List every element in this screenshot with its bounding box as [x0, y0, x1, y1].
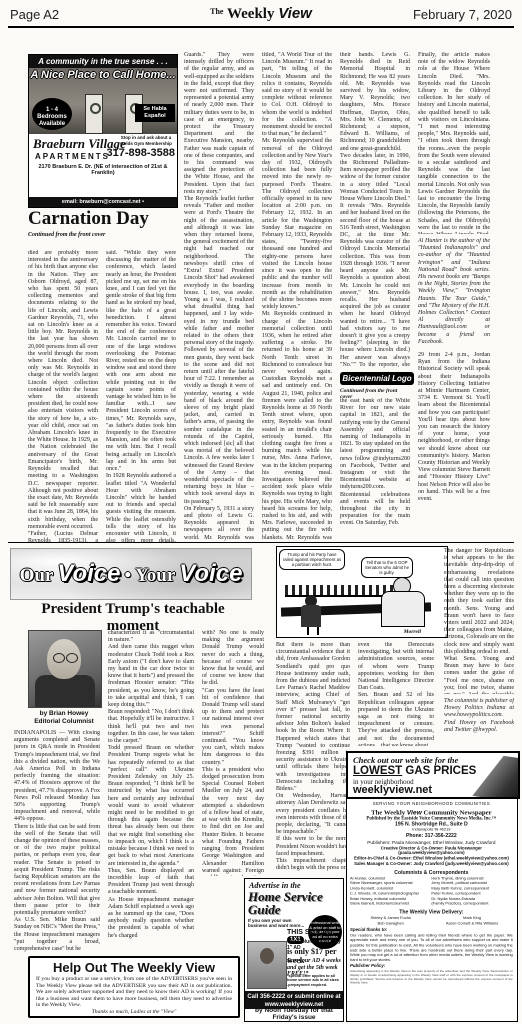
- title-view: View: [407, 808, 422, 816]
- article-column: died are probably more interested in the…: [28, 250, 98, 542]
- sales-line: Sales Manager & Co-Owner: Judy Crawford …: [350, 862, 513, 867]
- article-column: said. "While they were discussing the ma…: [106, 250, 176, 542]
- delivery-right: Mark King Aaron Cornett & Rita Williams: [431, 916, 512, 926]
- photo-body-shape: [35, 675, 95, 707]
- thanks-signature: Ladies at the "View": [131, 1009, 177, 1015]
- columnist-photo: [28, 630, 102, 708]
- publishers-line: Publishers: Paula Nicewanger, Ethel Wins…: [350, 841, 513, 846]
- columnists-list: Al Hunter, columnist Steve Nicewanger, s…: [350, 876, 513, 906]
- cartoon-figure: [381, 591, 425, 627]
- banner-bullet: •: [125, 565, 132, 586]
- apartments-label: APARTMENTS: [35, 152, 110, 161]
- gas-ad-headline: LOWEST GAS PRICES: [353, 765, 476, 777]
- masthead-view: View: [278, 5, 312, 22]
- article-column: 29 from 2-4 p.m., Jordan Ryan from the I…: [418, 352, 490, 542]
- editorial-cartoon: ON TAP Trump and his Party have railed a…: [276, 546, 448, 638]
- masthead-box-title: The Weekly View Community Newspaper: [350, 808, 513, 816]
- ad-subtitle: If you own your own business and want mo…: [248, 918, 308, 928]
- editorial-column: INDIANAPOLIS — With closing arguments co…: [14, 730, 100, 952]
- editorial-byline: by Brian Howey Editorial Columnist: [24, 710, 104, 726]
- wreath-graphic: [90, 103, 101, 114]
- glasses-graphic: [53, 653, 65, 663]
- banner-word: Voice: [179, 560, 242, 587]
- ad-email-bar: email: braeburn@comcast.net • www.braebu…: [29, 197, 177, 207]
- byline-title: Editorial Columnist: [24, 718, 104, 726]
- story-headline-bicentennial-logo: Bicentennial Logo: [340, 372, 414, 385]
- gas-ad-prices: GAS PRICES: [402, 765, 476, 777]
- delivery-person: Bob Gavaghen: [350, 921, 431, 926]
- gas-ad-lowest: LOWEST: [353, 765, 402, 777]
- editorial-column: But there is more than circumstantial ev…: [276, 642, 350, 874]
- special-thanks-text: Our readers, who have been calling and t…: [350, 933, 513, 962]
- handyman-photo: [247, 941, 287, 989]
- banner-word: Our: [20, 565, 54, 586]
- ad-deadline: by Noon Tuesday for that Friday's issue: [245, 1007, 343, 1021]
- delivery-person: Aaron Cornett & Rita Williams: [431, 921, 512, 926]
- article-column: titled, "A World Tour of the Lincoln Mus…: [262, 52, 332, 542]
- ad-headline: A Nice Place to Call Home...: [29, 69, 177, 81]
- newspaper-page: Page A2 The Weekly View February 7, 2020…: [0, 0, 522, 1024]
- article-column: Finally, the article makes note of the w…: [418, 52, 490, 234]
- author-bio: Al Hunter is the author of the "Haunted …: [418, 238, 490, 348]
- help-out-thanks: Thanks so much, Ladies at the "View": [36, 1009, 232, 1015]
- columnist-footer-note: The columnist is publisher of Howey Poli…: [444, 698, 514, 748]
- door-graphic: [85, 94, 103, 134]
- ad-fine-print: *special offer applies to all home servi…: [287, 974, 341, 987]
- columnists-header: Columnists & Correspondents: [350, 870, 513, 876]
- special-thanks-header: Special thanks to:: [350, 928, 513, 933]
- columnist: C.J. Woods, III, columnist/photographer: [350, 891, 431, 896]
- gym-note: Stop in and ask about a Golds Gym Member…: [117, 135, 175, 146]
- help-out-body: If you buy a product or use a service, f…: [36, 976, 232, 1009]
- thanks-line: Thanks so much,: [92, 1009, 129, 1015]
- delivery-list: Shirley & James Fuchs Bob Gavaghen Mark …: [350, 916, 513, 926]
- banner-word: Voice: [57, 560, 120, 587]
- bar-stool-graphic: [307, 627, 319, 635]
- apartment-photo: A Nice Place to Call Home... 1 - 4 Bedro…: [29, 68, 177, 134]
- speech-bubble: Tell that to the 6 GOP Senators who admi…: [361, 557, 413, 578]
- editorial-column: The danger for Republicans is what appea…: [444, 548, 514, 694]
- size-label: THIS SIZE AD: [287, 929, 332, 936]
- columnists-left: Al Hunter, columnist Steve Nicewanger, s…: [350, 876, 431, 906]
- ad-tagline: A community in the true sense . . .: [29, 55, 177, 68]
- header-rule: [8, 26, 514, 28]
- article-column: the east bank of the White River for our…: [340, 398, 410, 542]
- braeburn-village-ad: A community in the true sense . . . A Ni…: [28, 54, 178, 208]
- continued-note: Continued from the front cover: [28, 232, 176, 238]
- delivery-header: The Weekly View Delivery:: [350, 910, 513, 916]
- publisher-policy-text: Advertising appearing in the Weekly View…: [350, 970, 513, 985]
- section-divider: [8, 542, 514, 543]
- editorial-column: characterized it as "circumstantial in n…: [108, 630, 194, 952]
- photo-head-shape: [260, 948, 274, 964]
- gas-prices-ad: Check out our web site for the LOWEST GA…: [346, 751, 520, 799]
- speech-bubble: Trump and his Party have railed against …: [279, 549, 345, 570]
- editorial-column: with? No one is really making the argume…: [202, 630, 264, 876]
- columnist: Steve Barnett, historian/columnist: [350, 902, 431, 907]
- editor-line: Editor-in-Chief & Co-Owner: Ethel Winslo…: [350, 857, 513, 862]
- article-column: Guards." They were intensely drilled by …: [184, 52, 254, 542]
- home-service-guide-ad: Advertise in the Home Service Guide If y…: [244, 878, 344, 1022]
- published-by: Published by the Eastside Voice Communit…: [350, 816, 513, 821]
- home-service-guide-title: Home Service Guide: [248, 890, 340, 916]
- creative-director-line: Creative Director & Co-Owner: Paula Nice…: [350, 846, 513, 855]
- title-weekly: Weekly: [384, 808, 407, 816]
- ad-phone: 317-898-3588: [106, 147, 175, 159]
- columnist: (Family Practice), correspondent: [431, 902, 512, 907]
- byline-name: by Brian Howey: [24, 710, 104, 718]
- office-city: Indianapolis IN 46219: [350, 827, 513, 832]
- help-out-headline: Help Out The Weekly View: [36, 960, 232, 975]
- ad-contact-info: Braeburn Village APARTMENTS Stop in and …: [29, 134, 177, 197]
- help-out-box: Help Out The Weekly View If you buy a pr…: [28, 956, 240, 1018]
- glasses-graphic: [66, 653, 78, 663]
- masthead-the: The: [210, 7, 223, 16]
- masthead-weekly: Weekly: [227, 6, 275, 22]
- editorial-column: even the Democrats investigating, but wi…: [358, 642, 434, 746]
- article-column: their hands. Lewis G. Reynolds died in R…: [340, 52, 410, 368]
- se-habla-badge: Se Habla Español: [135, 104, 175, 122]
- serving-line: SERVING YOUR NEIGHBORHOOD COMMUNITIES: [350, 802, 513, 807]
- office-phone: Phone: 317-356-2222: [350, 833, 513, 839]
- masthead-info-box: SERVING YOUR NEIGHBORHOOD COMMUNITIES Th…: [346, 798, 518, 1022]
- gas-ad-line1: Check out our web site for the: [353, 755, 458, 765]
- title-the: The: [371, 808, 384, 816]
- story-headline-carnation-day: Carnation Day: [28, 208, 176, 230]
- banner-word: Your: [135, 565, 175, 586]
- title-rest: Community Newspaper: [422, 808, 492, 816]
- issue-date: February 7, 2020: [413, 7, 512, 22]
- bedrooms-badge: 1 - 4 Bedrooms Available: [32, 98, 72, 130]
- delivery-left: Shirley & James Fuchs Bob Gavaghen: [350, 916, 431, 926]
- cartoon-figure: [301, 605, 321, 627]
- ad-address: 2170 Braeburn E. Dr. (NE of intersection…: [31, 164, 175, 176]
- columnists-right: Herb Thyme, dining columnist Jerry Morre…: [431, 876, 512, 906]
- gas-ad-website: weeklyview.net: [353, 784, 432, 796]
- our-voice-banner: Our Voice • Your Voice: [10, 548, 252, 600]
- cartoonist-signature: Morrell: [404, 629, 421, 635]
